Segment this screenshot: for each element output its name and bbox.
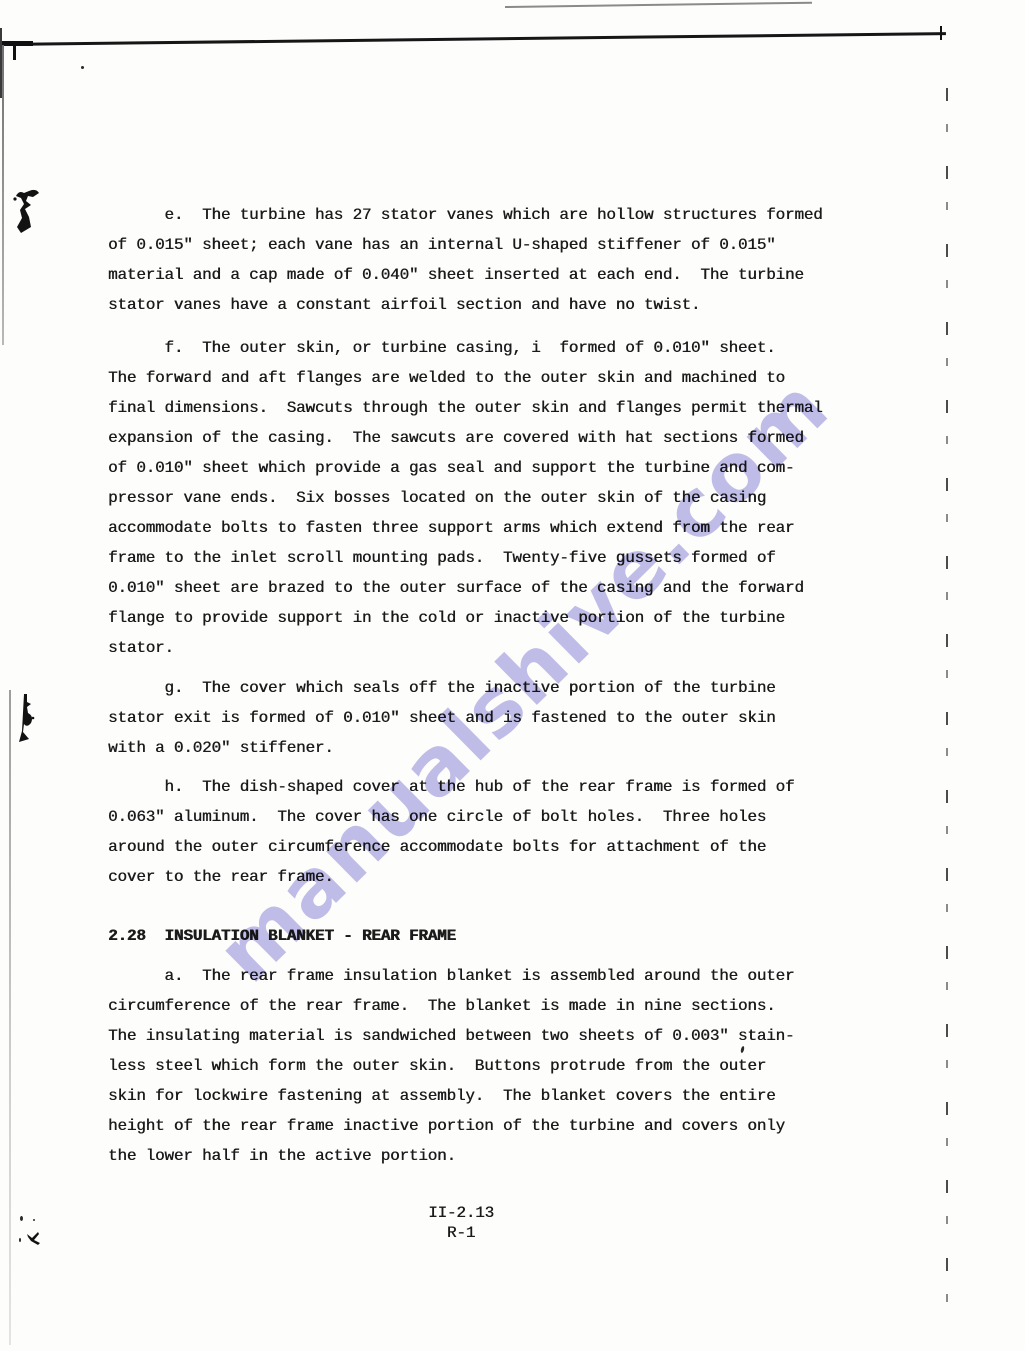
left-page-edge-lower (9, 690, 11, 1345)
left-page-edge-corner (0, 28, 2, 98)
left-page-edge-upper (2, 45, 4, 345)
speck (19, 1238, 21, 1242)
speck (20, 1216, 23, 1221)
ink-blot-lower (16, 694, 36, 748)
speck (33, 1219, 35, 1221)
section-heading: 2.28 INSULATION BLANKET - REAR FRAME (108, 921, 456, 951)
ink-check-mark (26, 1230, 44, 1246)
top-rule-left-bar (0, 41, 33, 46)
footer-revision: R-1 (300, 1223, 622, 1243)
top-rule-left-hook (13, 45, 16, 60)
footer-page-number: II-2.13 (300, 1203, 622, 1223)
ink-blot-upper (12, 188, 42, 238)
top-thin-line (505, 2, 812, 8)
top-rule-line (0, 32, 946, 46)
top-rule-end-tick (940, 26, 942, 40)
paragraph-a: a. The rear frame insulation blanket is … (108, 961, 794, 1171)
speck (81, 66, 84, 69)
right-page-edge-dashed (946, 88, 948, 1333)
paragraph-h: h. The dish-shaped cover at the hub of t… (108, 772, 794, 892)
paragraph-g: g. The cover which seals off the inactiv… (108, 673, 776, 763)
scanned-manual-page: { "document": { "watermark": "manualshiv… (0, 0, 1025, 1351)
paragraph-e: e. The turbine has 27 stator vanes which… (108, 200, 823, 320)
paragraph-f: f. The outer skin, or turbine casing, i … (108, 333, 823, 663)
page-footer: II-2.13 R-1 (300, 1203, 622, 1243)
